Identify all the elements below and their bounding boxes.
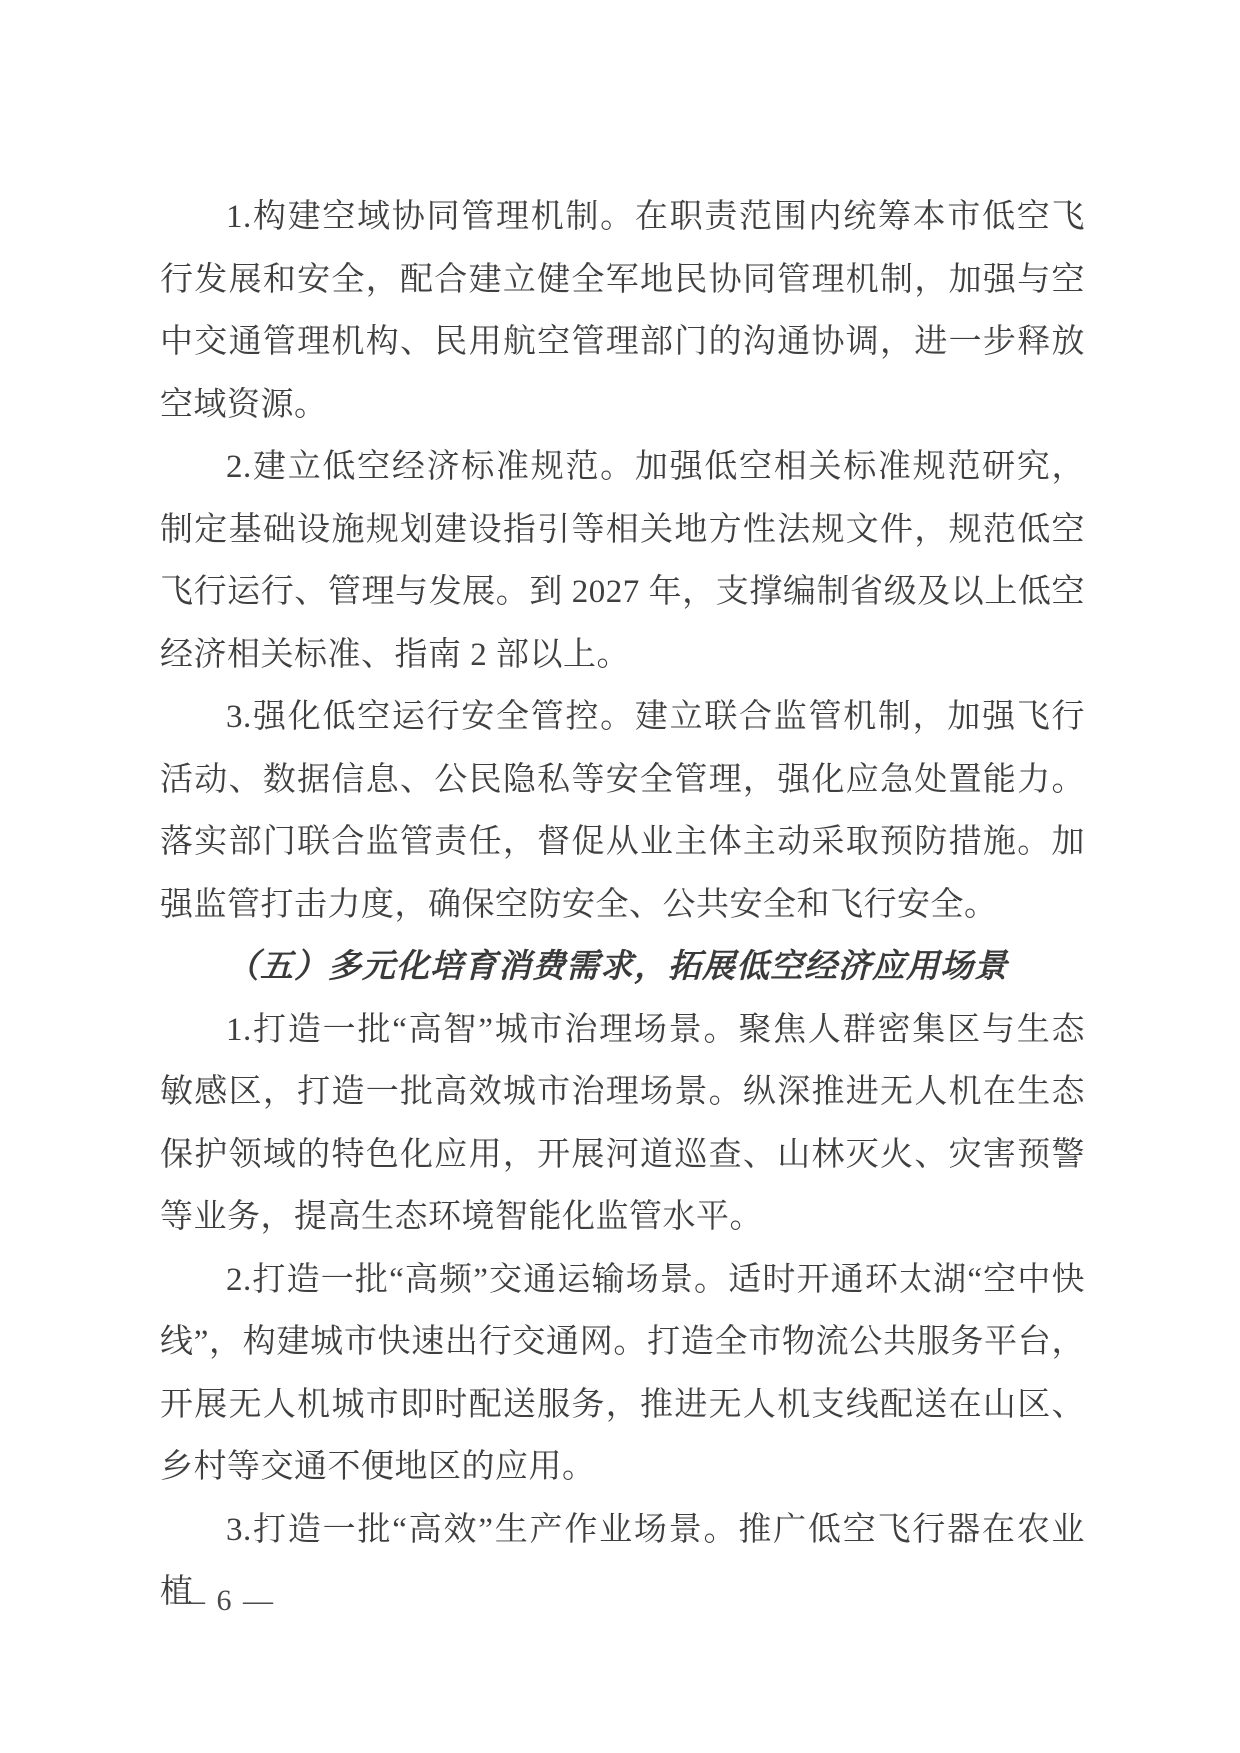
document-page: 1.构建空域协同管理机制。在职责范围内统筹本市低空飞行发展和安全，配合建立健全军… [0, 0, 1240, 1753]
paragraph-production-scenes: 3.打造一批“高效”生产作业场景。推广低空飞行器在农业植 [160, 1499, 1085, 1624]
paragraph-transport-scenes: 2.打造一批“高频”交通运输场景。适时开通环太湖“空中快线”，构建城市快速出行交… [160, 1249, 1085, 1499]
paragraph-airspace-management: 1.构建空域协同管理机制。在职责范围内统筹本市低空飞行发展和安全，配合建立健全军… [160, 186, 1085, 436]
section-heading-five: （五）多元化培育消费需求，拓展低空经济应用场景 [160, 936, 1085, 999]
paragraph-standards: 2.建立低空经济标准规范。加强低空相关标准规范研究，制定基础设施规划建设指引等相… [160, 436, 1085, 686]
page-number: — 6 — [175, 1582, 275, 1620]
paragraph-safety-control: 3.强化低空运行安全管控。建立联合监管机制，加强飞行活动、数据信息、公民隐私等安… [160, 686, 1085, 936]
paragraph-city-governance: 1.打造一批“高智”城市治理场景。聚焦人群密集区与生态敏感区，打造一批高效城市治… [160, 999, 1085, 1249]
document-body: 1.构建空域协同管理机制。在职责范围内统筹本市低空飞行发展和安全，配合建立健全军… [160, 186, 1085, 1624]
